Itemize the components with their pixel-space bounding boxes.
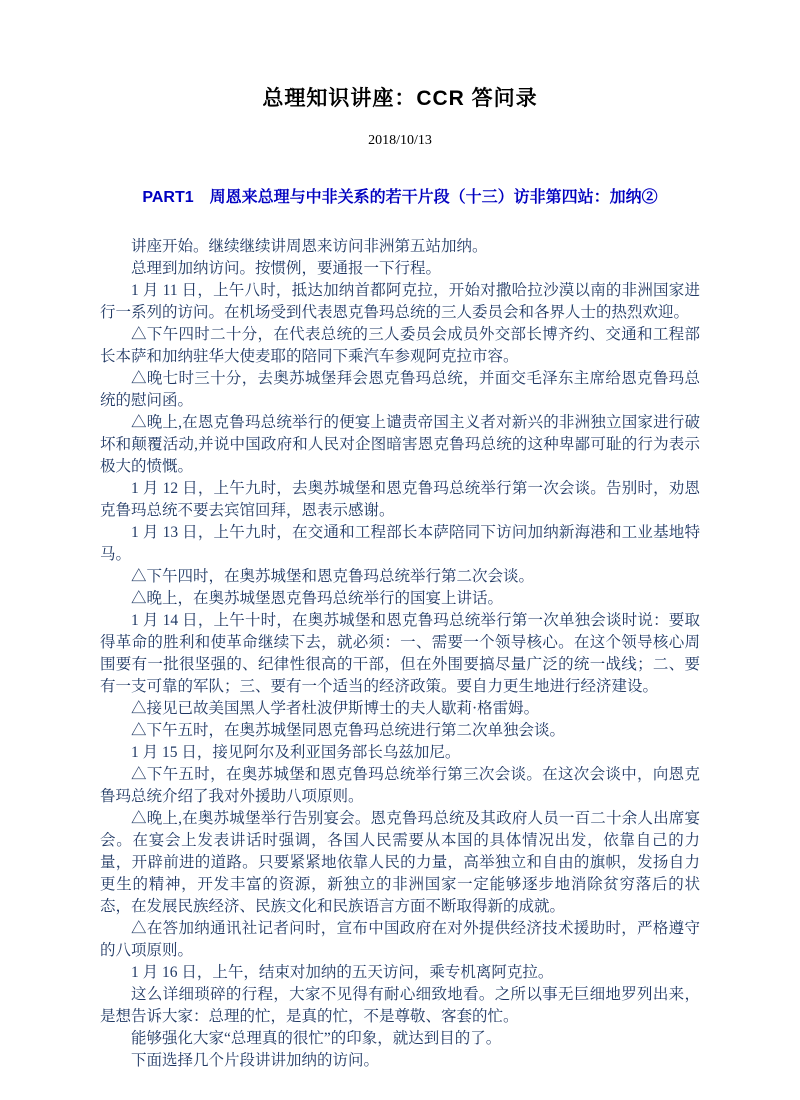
paragraph: 1 月 12 日，上午九时，去奥苏城堡和恩克鲁玛总统举行第一次会谈。告别时，劝恩… (100, 478, 700, 522)
paragraph: △下午四时，在奥苏城堡和恩克鲁玛总统举行第二次会谈。 (100, 566, 700, 588)
paragraph: 下面选择几个片段讲讲加纳的访问。 (100, 1050, 700, 1072)
paragraph: △晚上，在奥苏城堡恩克鲁玛总统举行的国宴上讲话。 (100, 588, 700, 610)
paragraph: △晚上,在恩克鲁玛总统举行的便宴上谴责帝国主义者对新兴的非洲独立国家进行破坏和颠… (100, 412, 700, 478)
document-page: 总理知识讲座：CCR 答问录 2018/10/13 PART1周恩来总理与中非关… (0, 0, 800, 1100)
paragraph: △晚上,在奥苏城堡举行告别宴会。恩克鲁玛总统及其政府人员一百二十余人出席宴会。在… (100, 808, 700, 918)
paragraph: 总理到加纳访问。按惯例，要通报一下行程。 (100, 258, 700, 280)
paragraph: △下午四时二十分，在代表总统的三人委员会成员外交部长博齐约、交通和工程部长本萨和… (100, 324, 700, 368)
page-date: 2018/10/13 (0, 133, 800, 149)
paragraph: △晚七时三十分，去奥苏城堡拜会恩克鲁玛总统，并面交毛泽东主席给恩克鲁玛总统的慰问… (100, 368, 700, 412)
paragraph: 1 月 14 日，上午十时，在奥苏城堡和恩克鲁玛总统举行第一次单独会谈时说：要取… (100, 610, 700, 698)
paragraph: 1 月 13 日，上午九时，在交通和工程部长本萨陪同下访问加纳新海港和工业基地特… (100, 522, 700, 566)
paragraph: 1 月 15 日，接见阿尔及利亚国务部长乌兹加尼。 (100, 742, 700, 764)
paragraph: △在答加纳通讯社记者问时，宣布中国政府在对外提供经济技术援助时，严格遵守的八项原… (100, 918, 700, 962)
document-body: 讲座开始。继续继续讲周恩来访问非洲第五站加纳。 总理到加纳访问。按惯例，要通报一… (100, 236, 700, 1072)
paragraph: 讲座开始。继续继续讲周恩来访问非洲第五站加纳。 (100, 236, 700, 258)
paragraph: 1 月 16 日，上午，结束对加纳的五天访问，乘专机离阿克拉。 (100, 962, 700, 984)
part-label: PART1 (142, 189, 193, 206)
paragraph: 1 月 11 日，上午八时，抵达加纳首都阿克拉，开始对撒哈拉沙漠以南的非洲国家进… (100, 280, 700, 324)
paragraph: △下午五时，在奥苏城堡和恩克鲁玛总统举行第三次会谈。在这次会谈中，向恩克鲁玛总统… (100, 764, 700, 808)
paragraph: △接见已故美国黑人学者杜波伊斯博士的夫人歇莉·格雷姆。 (100, 698, 700, 720)
section-heading: PART1周恩来总理与中非关系的若干片段（十三）访非第四站：加纳② (50, 189, 750, 207)
paragraph: △下午五时，在奥苏城堡同恩克鲁玛总统进行第二次单独会谈。 (100, 720, 700, 742)
part-title: 周恩来总理与中非关系的若干片段（十三）访非第四站：加纳② (210, 189, 658, 206)
paragraph: 能够强化大家“总理真的很忙”的印象，就达到目的了。 (100, 1028, 700, 1050)
page-title: 总理知识讲座：CCR 答问录 (0, 86, 800, 111)
paragraph: 这么详细琐碎的行程，大家不见得有耐心细致地看。之所以事无巨细地罗列出来，是想告诉… (100, 984, 700, 1028)
